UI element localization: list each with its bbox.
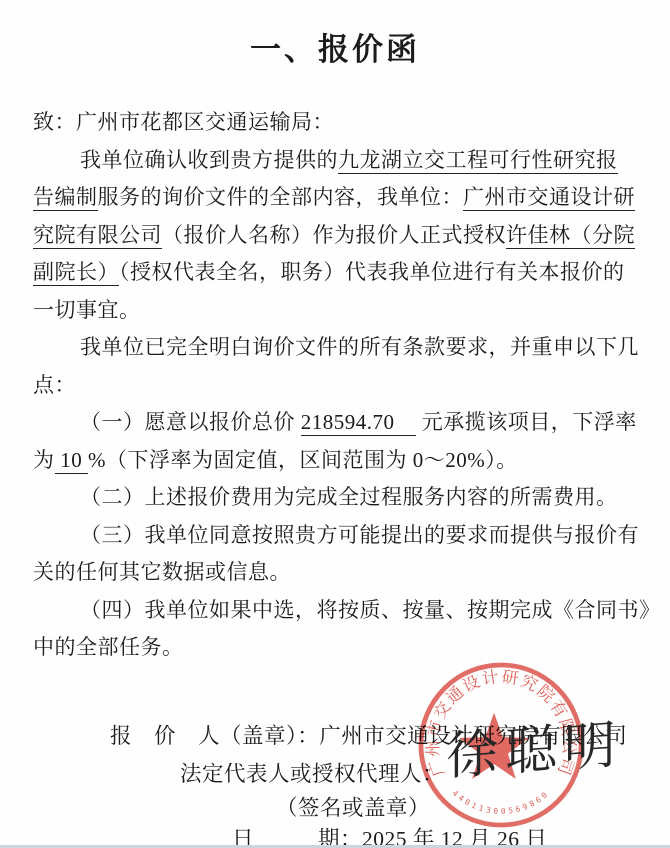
underlined-text: 广州市交通设计研 bbox=[463, 185, 635, 211]
text-segment: （二）上述报价费用为完成全过程服务内容的所需费用。 bbox=[80, 485, 618, 509]
body-line: （二）上述报价费用为完成全过程服务内容的所需费用。 bbox=[33, 479, 644, 517]
body-line: 致：广州市花都区交通运输局： bbox=[33, 104, 644, 142]
text-segment: %（下浮率为固定值，区间范围为 0～20%）。 bbox=[88, 448, 518, 472]
text-segment: 致：广州市花都区交通运输局： bbox=[33, 110, 334, 134]
text-segment: （四）我单位如果中选，将按质、按量、按期完成《合同书》 bbox=[80, 598, 661, 622]
text-segment: 关的任何其它数据或信息。 bbox=[33, 560, 291, 584]
underlined-text: 218594.70 bbox=[301, 410, 416, 436]
text-segment: 一切事宜。 bbox=[33, 298, 141, 322]
body-line: 我单位确认收到贵方提供的九龙湖立交工程可行性研究报 bbox=[33, 142, 644, 180]
text-segment: 中的全部任务。 bbox=[33, 635, 184, 659]
text-segment: （授权代表全名，职务）代表我单位进行有关本报价的 bbox=[119, 260, 625, 284]
text-segment: （报价人名称）作为报价人正式授权 bbox=[162, 223, 506, 247]
body-line: （一）愿意以报价总价 218594.70 元承揽该项目，下浮率 bbox=[33, 404, 644, 442]
body-line: （三）我单位同意按照贵方可能提出的要求而提供与报价有 bbox=[33, 517, 644, 555]
text-segment: 元承揽该项目，下浮率 bbox=[416, 410, 637, 434]
seal-serial-number: 44011300569860 bbox=[451, 789, 552, 816]
text-segment: 点： bbox=[33, 373, 76, 397]
underlined-text: 10 bbox=[55, 448, 89, 474]
document-body: 致：广州市花都区交通运输局：我单位确认收到贵方提供的九龙湖立交工程可行性研究报告… bbox=[33, 104, 644, 667]
body-line: 我单位已完全明白询价文件的所有条款要求，并重申以下几 bbox=[33, 329, 644, 367]
underlined-text: 究院有限公司 bbox=[33, 223, 162, 249]
sign-or-seal-hint: （签名或盖章） bbox=[276, 791, 430, 822]
handwritten-signature: 徐聪明 bbox=[446, 702, 623, 790]
body-line: 为 10 %（下浮率为固定值，区间范围为 0～20%）。 bbox=[33, 442, 644, 480]
text-segment: 为 bbox=[33, 448, 55, 472]
underlined-text: 许佳林（分院 bbox=[506, 223, 635, 249]
body-line: 点： bbox=[33, 367, 644, 405]
legal-representative-line: 法定代表人或授权代理人： bbox=[180, 757, 444, 788]
underlined-text: 副院长） bbox=[33, 260, 119, 286]
body-line: 究院有限公司（报价人名称）作为报价人正式授权许佳林（分院 bbox=[33, 217, 644, 255]
document-page: 一、报价函 致：广州市花都区交通运输局：我单位确认收到贵方提供的九龙湖立交工程可… bbox=[0, 0, 670, 848]
body-line: 告编制服务的询价文件的全部内容，我单位：广州市交通设计研 bbox=[33, 179, 644, 217]
text-segment: （一）愿意以报价总价 bbox=[80, 410, 301, 434]
body-line: （四）我单位如果中选，将按质、按量、按期完成《合同书》 bbox=[33, 592, 644, 630]
text-segment: 我单位已完全明白询价文件的所有条款要求，并重申以下几 bbox=[80, 335, 639, 359]
underlined-text: 告编制 bbox=[33, 185, 98, 211]
text-segment: 服务的询价文件的全部内容，我单位： bbox=[98, 185, 464, 209]
underlined-text: 九龙湖立交工程可行性研究报 bbox=[338, 148, 618, 174]
body-line: 一切事宜。 bbox=[33, 292, 644, 330]
body-line: 关的任何其它数据或信息。 bbox=[33, 554, 644, 592]
text-segment: （三）我单位同意按照贵方可能提出的要求而提供与报价有 bbox=[80, 523, 639, 547]
document-title: 一、报价函 bbox=[0, 24, 670, 69]
text-segment: 我单位确认收到贵方提供的 bbox=[80, 148, 338, 172]
body-line: 副院长）（授权代表全名，职务）代表我单位进行有关本报价的 bbox=[33, 254, 644, 292]
svg-text:44011300569860: 44011300569860 bbox=[451, 789, 552, 816]
